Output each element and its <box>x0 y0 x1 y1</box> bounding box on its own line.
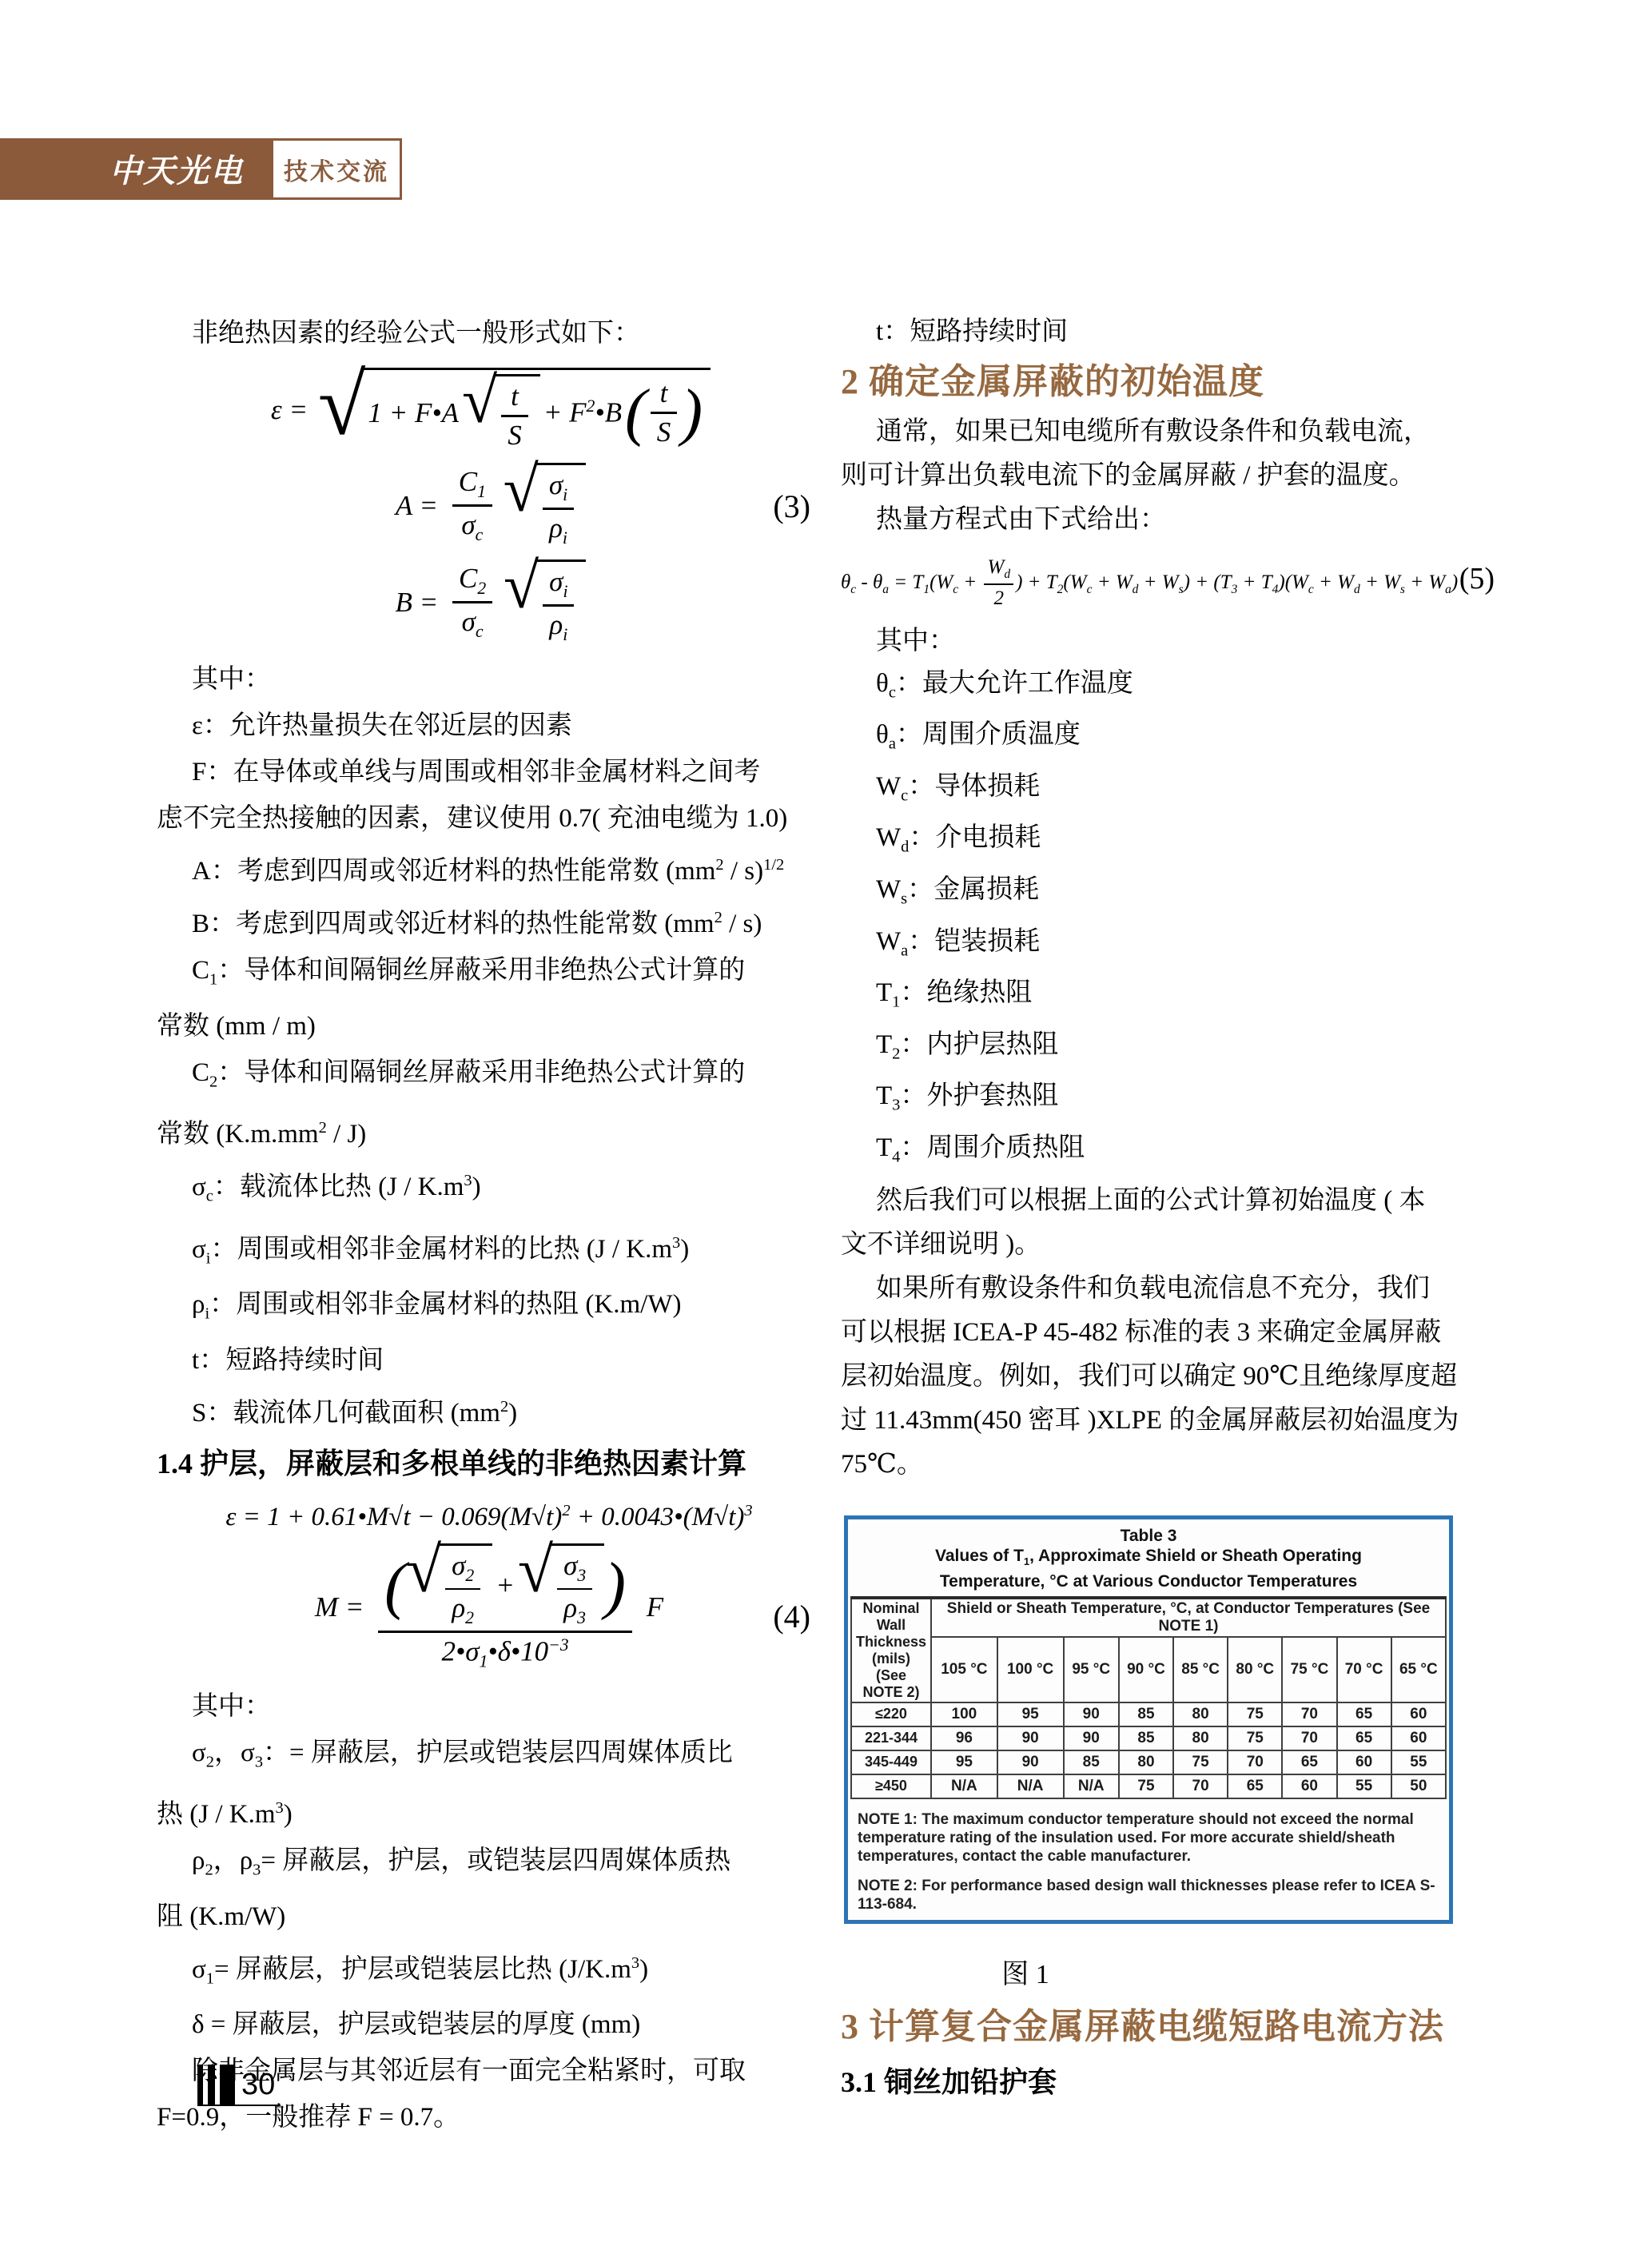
right-paren: ) <box>604 1550 626 1621</box>
section-heading-2: 2 确定金属屏蔽的初始温度 <box>841 354 1533 410</box>
definition-line: S：载流体几何截面积 (mm2) <box>157 1384 822 1436</box>
eq4-epsilon-row: ε = 1 + 0.61•M√t − 0.069(M√t)2 + 0.0043•… <box>157 1502 822 1532</box>
radical-expression: √σiρi <box>504 560 586 645</box>
definition-line: T3：外护套热阻 <box>841 1075 1533 1127</box>
fraction-t-over-s: tS <box>501 380 528 452</box>
eq5-post: ) + T2(Wc + Wd + Ws) + (T3 + T4)(Wc + Wd… <box>1016 571 1458 593</box>
radical-expression: √σ3ρ3 <box>518 1543 604 1628</box>
table3-title: Table 3 Values of T1, Approximate Shield… <box>848 1519 1449 1596</box>
table-row: ≤220 100 95 90 85 80 75 70 65 60 <box>851 1702 1446 1726</box>
fraction-sigma-over-rho: σiρi <box>543 469 574 548</box>
eq4-M-row: M = (√σ2ρ2+√σ3ρ3) 2•σ1•δ•10−3 F <box>157 1543 822 1672</box>
column-header: 105 °C <box>931 1637 997 1702</box>
paragraph-line: 可以根据 ICEA-P 45-482 标准的表 3 来确定金属屏蔽 <box>841 1311 1533 1355</box>
document-page: 中天光电 技术交流 非绝热因素的经验公式一般形式如下： ε = √ 1 + F•… <box>0 0 1652 2242</box>
paragraph-line: 75℃。 <box>841 1443 1533 1487</box>
eq3-term1: 1 + F•A <box>368 397 459 429</box>
definition-line: σc：载流体比热 (J / K.m3) <box>157 1157 822 1220</box>
definition-line: F：在导体或单线与周围或相邻非金属材料之间考 <box>157 749 822 795</box>
fraction-sigma-over-rho: σiρi <box>543 566 574 645</box>
paragraph-line: 层初始温度。例如，我们可以确定 90℃且绝缘厚度超 <box>841 1355 1533 1399</box>
radical-icon: √ <box>518 1545 553 1596</box>
fraction-sigma2-over-rho2: σ2ρ2 <box>445 1550 480 1628</box>
right-paren: ) <box>681 384 703 441</box>
paragraph-line: 文不详细说明 )。 <box>841 1223 1533 1267</box>
column-header: 70 °C <box>1337 1637 1391 1702</box>
eq3-term2: + F2•B <box>543 396 622 429</box>
definition-line: ρ2，ρ3= 屏蔽层，护层，或铠装层四周媒体质热 <box>157 1838 822 1894</box>
where-label: 其中： <box>157 1683 822 1730</box>
definition-line: σ2，σ3：= 屏蔽层，护层或铠装层四周媒体质比 <box>157 1730 822 1786</box>
page-number: 30 <box>241 2066 275 2103</box>
definition-line: δ = 屏蔽层，护层或铠装层的厚度 (mm) <box>157 2001 822 2048</box>
radical-icon: √ <box>504 561 539 612</box>
definition-line: Ws：金属损耗 <box>841 869 1533 921</box>
fraction-t-over-s: tS <box>651 377 678 448</box>
big-fraction: (√σ2ρ2+√σ3ρ3) 2•σ1•δ•10−3 <box>378 1543 632 1672</box>
column-header: 95 °C <box>1064 1637 1119 1702</box>
definition-line: T4：周围介质热阻 <box>841 1127 1533 1179</box>
table3-row-header: NominalWallThickness(mils)(SeeNOTE 2) <box>851 1598 931 1702</box>
radical-expression: √tS <box>462 374 540 452</box>
section-heading-3-1: 3.1 铜丝加铅护套 <box>841 2055 1533 2109</box>
table3-header-row: NominalWallThickness(mils)(SeeNOTE 2) Sh… <box>851 1598 1446 1637</box>
definition-line: 阻 (K.m/W) <box>157 1894 822 1940</box>
eq3-B-row: B = C2σc √σiρi <box>157 560 822 645</box>
footer-bar-icon <box>208 2065 215 2105</box>
eq4-numerator: (√σ2ρ2+√σ3ρ3) <box>378 1543 632 1633</box>
figure-caption: 图 1 <box>841 1957 1450 1993</box>
definition-line: ε：允许热量损失在邻近层的因素 <box>157 703 822 749</box>
section-heading-1-4: 1.4 护层，屏蔽层和多根单线的非绝热因素计算 <box>157 1436 822 1491</box>
table3: NominalWallThickness(mils)(SeeNOTE 2) Sh… <box>850 1596 1447 1799</box>
table3-title-line2: Values of T1, Approximate Shield or Shea… <box>853 1546 1444 1571</box>
equation-number-3: (3) <box>773 488 810 525</box>
paragraph-line: 则可计算出负载电流下的金属屏蔽 / 护套的温度。 <box>841 454 1533 498</box>
table3-note-1: NOTE 1: The maximum conductor temperatur… <box>848 1810 1449 1866</box>
eq3-lhs: ε = <box>271 394 308 425</box>
eq4-m-lhs: M = <box>315 1591 364 1623</box>
company-logo: 中天光电 <box>109 145 244 191</box>
definition-line: ρi：周围或相邻非金属材料的热阻 (K.m/W) <box>157 1281 822 1337</box>
footer-bar-icon <box>197 2065 203 2105</box>
equation-number-4: (4) <box>773 1598 810 1635</box>
fraction-c2-over-sigma: C2σc <box>452 563 492 642</box>
table-row: 345-449 95 90 85 80 75 70 65 60 55 <box>851 1750 1446 1774</box>
definition-line: t：短路持续时间 <box>157 1337 822 1384</box>
definition-line: Wa：铠装损耗 <box>841 921 1533 973</box>
footer-bar-icon <box>220 2065 235 2105</box>
left-paren: ( <box>384 1550 406 1621</box>
fraction-sigma3-over-rho3: σ3ρ3 <box>557 1550 592 1628</box>
table3-figure: Table 3 Values of T1, Approximate Shield… <box>844 1515 1453 1924</box>
radical-icon: √ <box>504 464 539 516</box>
left-column: 非绝热因素的经验公式一般形式如下： ε = √ 1 + F•A √tS + F2… <box>157 310 822 2140</box>
radical-expression: √σ2ρ2 <box>406 1543 492 1628</box>
header-brand-bar: 中天光电 <box>0 138 271 200</box>
definition-line: 虑不完全热接触的因素，建议使用 0.7( 充油电缆为 1.0) <box>157 795 822 842</box>
definition-line: θc：最大允许工作温度 <box>841 663 1533 715</box>
footer-bars-icon <box>197 2065 235 2105</box>
definition-line: T1：绝缘热阻 <box>841 972 1533 1024</box>
eq3-epsilon-row: ε = √ 1 + F•A √tS + F2•B (tS) <box>157 368 822 452</box>
eq3-b-lhs: B = <box>396 587 439 618</box>
definition-line: 常数 (K.m.mm2 / J) <box>157 1105 822 1157</box>
column-header: 75 °C <box>1282 1637 1336 1702</box>
intro-paragraph: 非绝热因素的经验公式一般形式如下： <box>157 310 822 356</box>
definition-line: Wc：导体损耗 <box>841 766 1533 818</box>
eq3-A-row: A = C1σc √σiρi <box>157 463 822 548</box>
table-row: ≥450 N/A N/A N/A 75 70 65 60 55 50 <box>851 1774 1446 1798</box>
definition-line: T2：内护层热阻 <box>841 1024 1533 1076</box>
formula-3: ε = √ 1 + F•A √tS + F2•B (tS) A = C1σc √… <box>157 368 822 645</box>
formula-5: θc - θa = T1(Wc + Wd2) + T2(Wc + Wd + Ws… <box>841 555 1533 612</box>
table3-note-2: NOTE 2: For performance based design wal… <box>848 1877 1449 1913</box>
radical-icon: √ <box>462 376 497 427</box>
eq4-denominator: 2•σ1•δ•10−3 <box>378 1633 632 1672</box>
column-header: 100 °C <box>997 1637 1064 1702</box>
radical-icon: √ <box>318 371 366 440</box>
where-label: 其中： <box>157 656 822 703</box>
paragraph-line: 通常，如果已知电缆所有敷设条件和负载电流， <box>841 410 1533 454</box>
plus-sign: + <box>496 1570 515 1601</box>
formula-4: ε = 1 + 0.61•M√t − 0.069(M√t)2 + 0.0043•… <box>157 1502 822 1672</box>
equation-number-5: (5) <box>1459 560 1495 599</box>
definition-line: σi：周围或相邻非金属材料的比热 (J / K.m3) <box>157 1220 822 1282</box>
table3-title-line1: Table 3 <box>853 1526 1444 1546</box>
where-label: 其中： <box>841 620 1533 663</box>
radical-expression: √σiρi <box>504 463 586 548</box>
column-header: 90 °C <box>1119 1637 1173 1702</box>
table3-title-line3: Temperature, °C at Various Conductor Tem… <box>853 1571 1444 1591</box>
fraction-wd-over-2: Wd2 <box>984 555 1013 612</box>
definition-line: Wd：介电损耗 <box>841 817 1533 869</box>
radical-expression: √ 1 + F•A √tS + F2•B (tS) <box>318 368 711 452</box>
right-column: t：短路持续时间 2 确定金属屏蔽的初始温度 通常，如果已知电缆所有敷设条件和负… <box>841 310 1533 2109</box>
paragraph-line: 如果所有敷设条件和负载电流信息不充分，我们 <box>841 1267 1533 1311</box>
table-row: 221-344 96 90 90 85 80 75 70 65 60 <box>851 1726 1446 1750</box>
left-paren: ( <box>625 384 647 441</box>
definition-line: A：考虑到四周或邻近材料的热性能常数 (mm2 / s)1/2 <box>157 842 822 894</box>
column-badge: 技术交流 <box>271 138 402 200</box>
definition-line: C2：导体和间隔铜丝屏蔽采用非绝热公式计算的 <box>157 1049 822 1105</box>
radical-icon: √ <box>406 1545 441 1596</box>
definition-line: 热 (J / K.m3) <box>157 1785 822 1838</box>
table3-span-header: Shield or Sheath Temperature, °C, at Con… <box>931 1598 1446 1637</box>
definition-line: C1：导体和间隔铜丝屏蔽采用非绝热公式计算的 <box>157 947 822 1003</box>
column-header: 85 °C <box>1173 1637 1228 1702</box>
section-heading-3: 3 计算复合金属屏蔽电缆短路电流方法 <box>841 1999 1533 2055</box>
paragraph-line: 过 11.43mm(450 密耳 )XLPE 的金属屏蔽层初始温度为 <box>841 1399 1533 1443</box>
paragraph-line: 然后我们可以根据上面的公式计算初始温度 ( 本 <box>841 1179 1533 1223</box>
eq5-pre: θc - θa = T1(Wc + <box>841 571 981 593</box>
column-header: 80 °C <box>1228 1637 1282 1702</box>
definition-line: B：考虑到四周或邻近材料的热性能常数 (mm2 / s) <box>157 894 822 947</box>
definition-line: σ1= 屏蔽层，护层或铠装层比热 (J/K.m3) <box>157 1940 822 2002</box>
column-header: 65 °C <box>1391 1637 1446 1702</box>
fraction-c1-over-sigma: C1σc <box>452 466 492 545</box>
eq3-a-lhs: A = <box>396 490 438 521</box>
paragraph-line: 热量方程式由下式给出： <box>841 498 1533 542</box>
definition-line: t：短路持续时间 <box>841 310 1533 354</box>
definition-line: 常数 (mm / m) <box>157 1003 822 1049</box>
definition-line: θa：周围介质温度 <box>841 714 1533 766</box>
table3-temp-header-row: 105 °C 100 °C 95 °C 90 °C 85 °C 80 °C 75… <box>851 1637 1446 1702</box>
eq4-F: F <box>647 1591 663 1623</box>
footer-rule <box>197 2105 281 2106</box>
